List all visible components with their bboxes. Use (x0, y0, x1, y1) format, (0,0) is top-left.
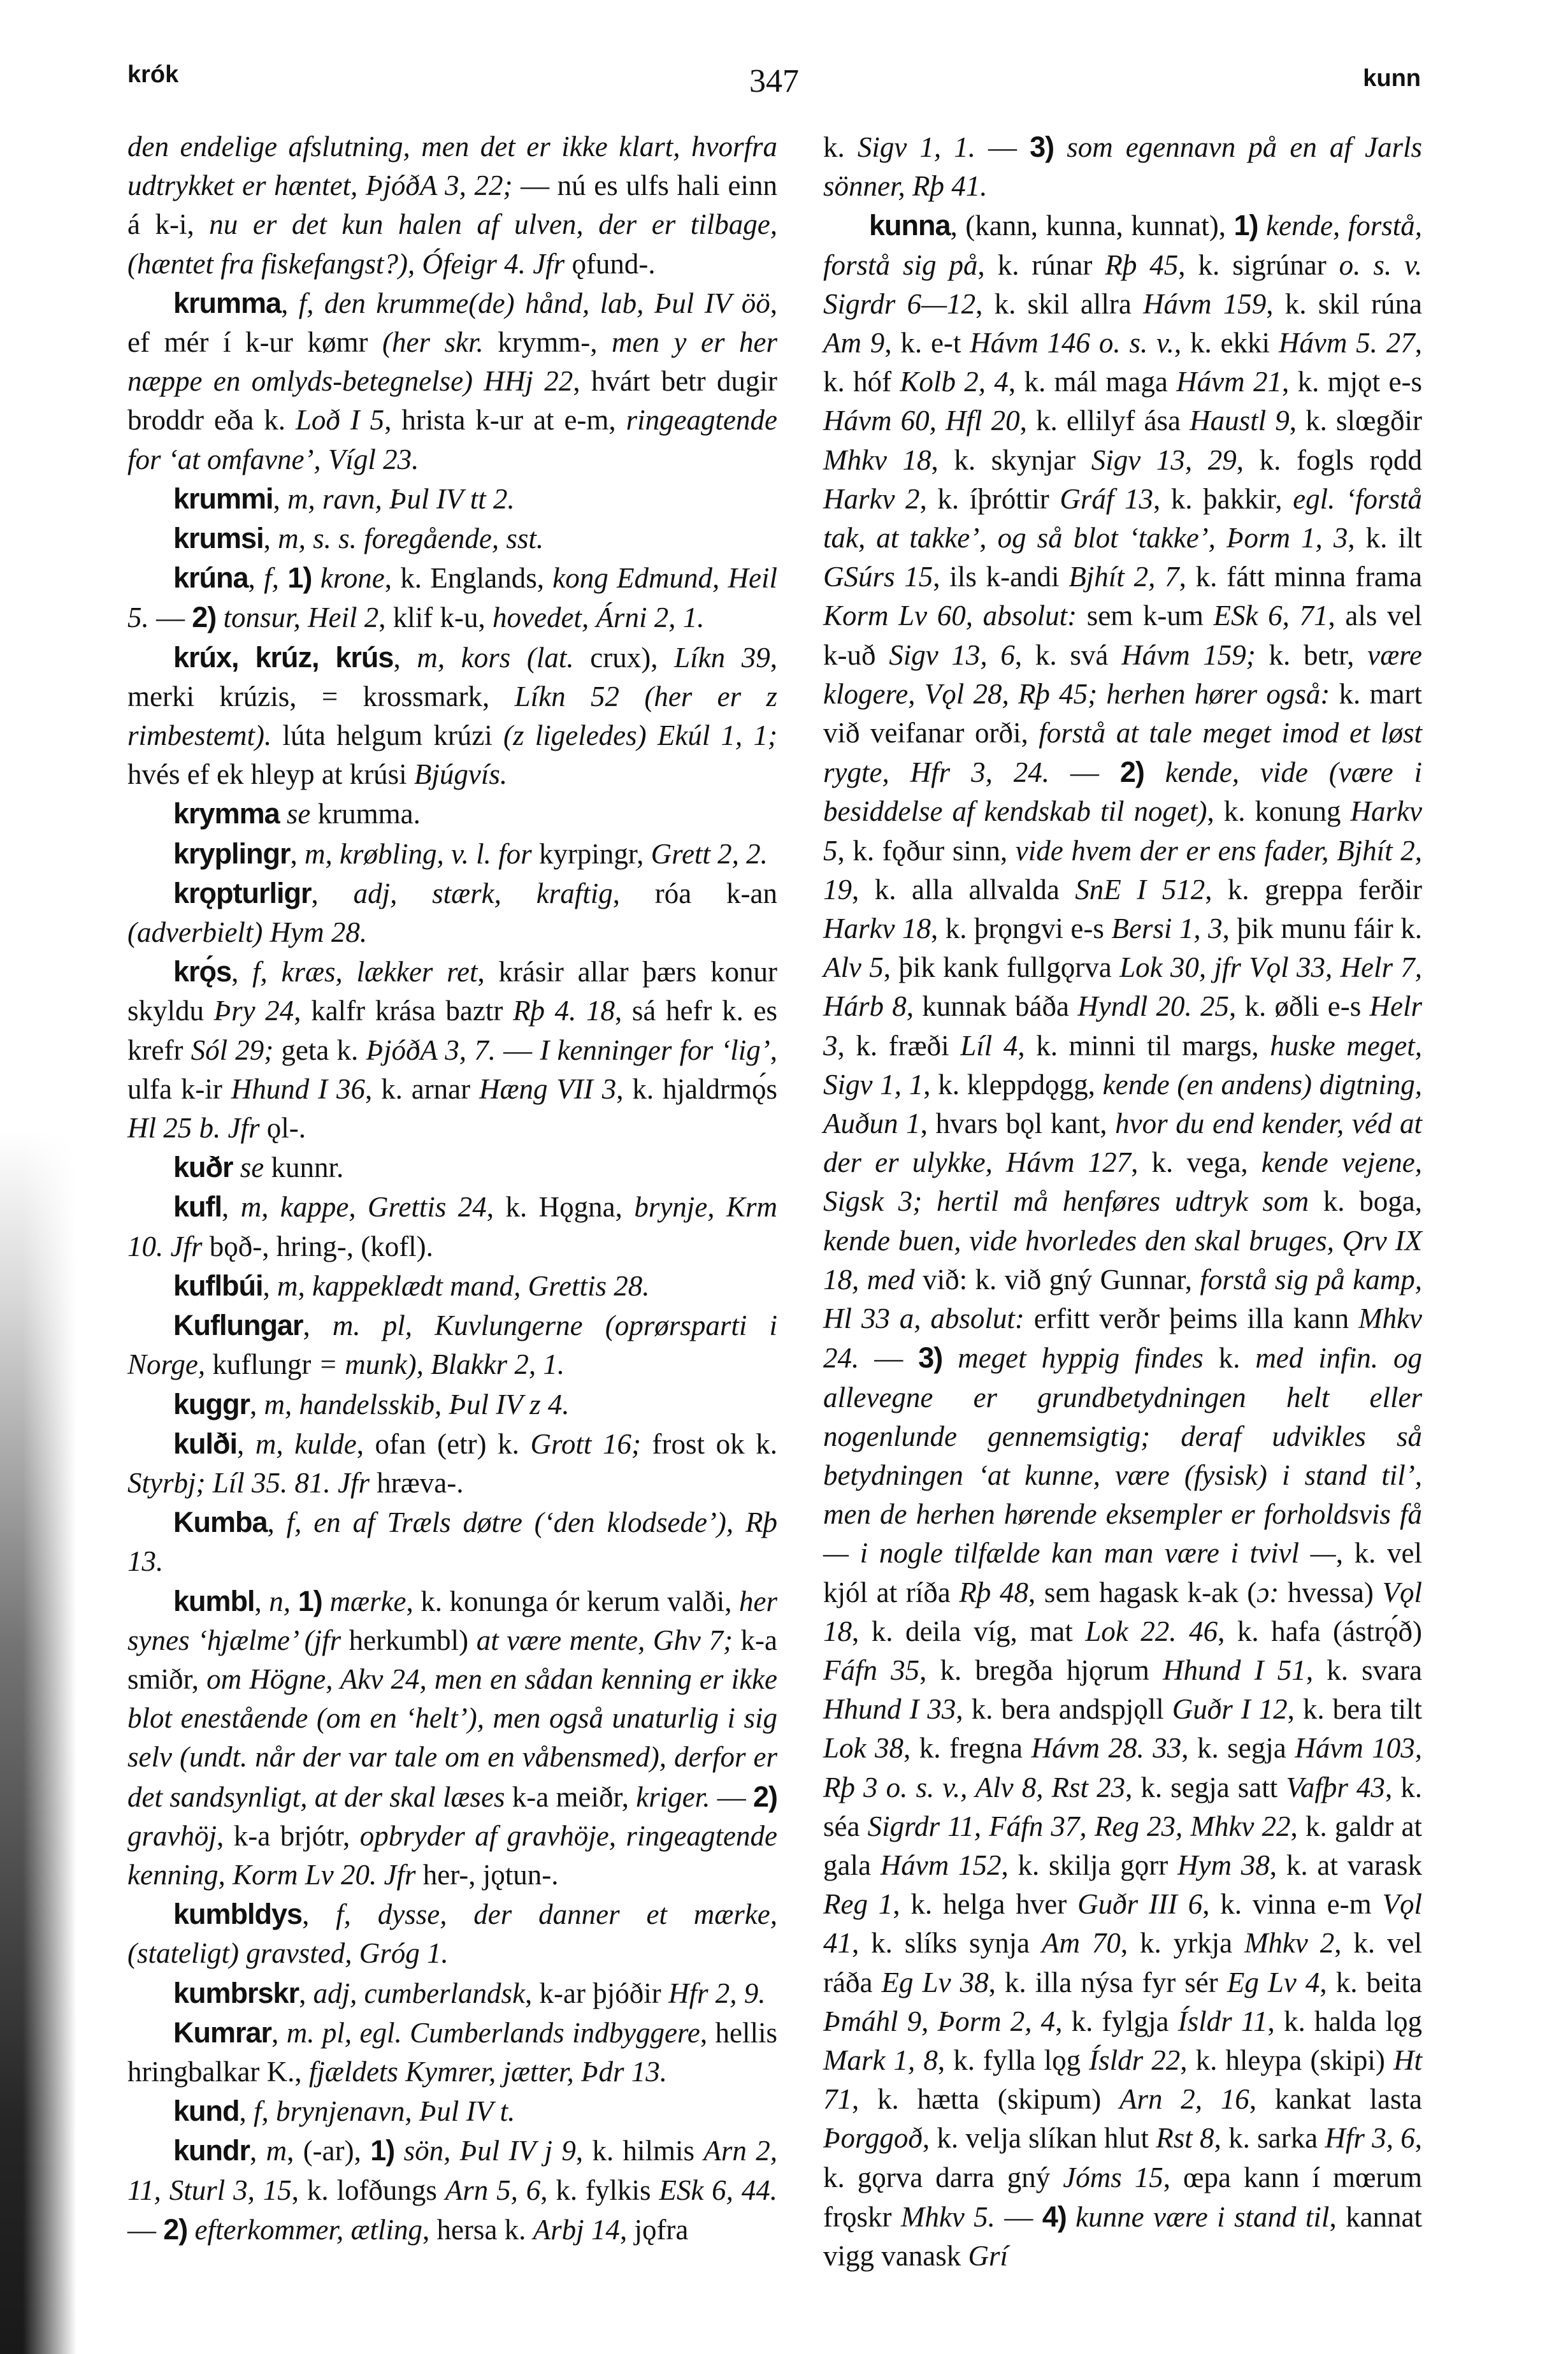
headword: 2) (163, 2213, 187, 2246)
citation-text: , k. íþróttir (920, 483, 1060, 515)
gloss-text: Alv 5 (823, 951, 884, 983)
citation-text: , k. deila víg, mat (852, 1615, 1085, 1647)
headword: 3) (918, 1341, 942, 1374)
gloss-text: GSúrs 15 (823, 561, 933, 593)
gloss-text: (adverbielt) Hym 28. (127, 916, 367, 948)
citation-text: , k. vinna e-m (1202, 1888, 1382, 1920)
page-number: 347 (749, 62, 799, 100)
citation-text: , (255, 1585, 270, 1617)
gloss-text: f, (264, 562, 279, 594)
headword: krǫ́s (173, 955, 231, 988)
headword: krǫpturligr (173, 877, 312, 909)
gloss-text: mærke (330, 1585, 406, 1617)
citation-text: , kunnak báða (907, 990, 1077, 1022)
dictionary-entry: kumbl, n, 1) mærke, k. konunga ór kerum … (127, 1582, 777, 1895)
gloss-text: m, krøbling, v. l. for (305, 838, 532, 870)
gloss-text: Hæng VII 3 (479, 1073, 616, 1105)
citation-text: — (995, 2201, 1042, 2233)
gloss-text: Hfr 2, 9. (668, 1977, 766, 2009)
headword: kuflbúi (173, 1269, 263, 1302)
citation-text: , hrista k-ur at e-m, (384, 404, 626, 436)
gloss-text: Arn 5, 6 (445, 2174, 540, 2206)
gloss-text: adj, stærk, kraftig (354, 877, 613, 909)
citation-text: kunnr. (271, 1152, 344, 1183)
gloss-text: Harkv 2 (823, 483, 920, 515)
gloss-text: ESk 6, 71 (1214, 600, 1328, 632)
citation-text: k. (823, 131, 858, 163)
citation-text: crux), (574, 642, 674, 674)
citation-text: krymm-, (484, 326, 612, 358)
citation-text: , (263, 1270, 277, 1302)
gloss-text: Reg 1 (823, 1888, 893, 1920)
gloss-text: Styrbj; Líl 35. 81. Jfr (127, 1467, 370, 1499)
citation-text: , sem hagask k-ak ( (1028, 1577, 1256, 1608)
citation-text: , k. helga hver (893, 1888, 1077, 1920)
gloss-text: sön, Þul IV j 9 (394, 2135, 576, 2167)
headword: 3) (1030, 131, 1054, 163)
citation-text: , hersa k. (422, 2214, 533, 2246)
citation-text: , k. skynjar (931, 444, 1091, 476)
dictionary-entry: kunna, (kann, kunna, kunnat), 1) kende, … (823, 206, 1422, 2276)
gloss-text: Hávm 21 (1176, 366, 1282, 398)
citation-text: , k. ekki (1174, 327, 1279, 359)
gloss-text: fjældets Kymrer, jætter, Þdr 13. (309, 2056, 667, 2088)
gloss-text: gravhöj (127, 1820, 217, 1852)
citation-text: frost ok k. (641, 1428, 777, 1460)
citation-text: her-, jǫtun-. (415, 1859, 558, 1891)
citation-text: , k. slœgðir (1290, 405, 1422, 437)
dictionary-entry: kundr, m, (-ar), 1) sön, Þul IV j 9, k. … (127, 2131, 777, 2249)
headword: kuðr (173, 1151, 233, 1183)
gloss-text: Líkn 39 (674, 642, 770, 674)
citation-text: — (710, 1781, 753, 1813)
citation-text: kyrpingr, (532, 838, 651, 870)
citation-text: , k. e-t (884, 327, 970, 359)
gloss-text: Hhund I 33 (823, 1693, 956, 1725)
citation-text: , kalfr krása baztr (294, 995, 513, 1027)
dictionary-entry: kryplingr, m, krøbling, v. l. for kyrpin… (127, 834, 777, 874)
dictionary-entry: krymma se krumma. (127, 794, 777, 834)
gloss-text: m (266, 2135, 287, 2167)
gloss-text: Fáfn 35 (823, 1654, 919, 1686)
citation-text: , k. alla allvalda (852, 874, 1075, 906)
gloss-text: Gráf 13 (1060, 483, 1153, 515)
citation-text: , k. skilja gǫrr (1001, 1849, 1177, 1881)
citation-text: hvés ef ek hleyp at krúsi (127, 758, 414, 790)
gloss-text: Mark 1, 8 (823, 2044, 938, 2076)
citation-text: , (237, 1428, 255, 1460)
citation-text: , k. minni til margs, (1018, 1030, 1270, 1062)
gloss-text: Am 9 (823, 327, 884, 359)
gloss-text: (her skr. (382, 326, 484, 358)
headword: kryplingr (173, 837, 291, 870)
gloss-text: Mhkv 2 (1244, 1927, 1334, 1959)
gloss-text: Hyndl 20. 25 (1077, 990, 1229, 1022)
gloss-text: Loð I 5 (296, 404, 384, 436)
headword: kund (173, 2095, 240, 2127)
citation-text: , klif k-u, (378, 602, 493, 633)
citation-text: , k. rúnar (977, 249, 1105, 281)
gloss-text: Arn 2, 16 (1119, 2083, 1249, 2115)
gloss-text: f, kræs, lækker ret (252, 956, 477, 988)
dictionary-entry: kuflbúi, m, kappeklædt mand, Grettis 28. (127, 1266, 777, 1306)
gloss-text: m, kulde (255, 1428, 357, 1460)
dictionary-entry: krúna, f, 1) krone, k. Englands, kong Ed… (127, 558, 777, 637)
citation-text: , k. segja satt (1125, 1772, 1286, 1803)
citation-text: k-a meiðr, (505, 1781, 637, 1813)
gloss-text: Guðr III 6 (1077, 1888, 1202, 1920)
dictionary-entry: kuggr, m, handelsskib, Þul IV z 4. (127, 1385, 777, 1424)
headword: Kumba (173, 1506, 268, 1538)
gloss-text: Hhund I 51 (1163, 1654, 1306, 1686)
citation-text: krumma. (318, 798, 421, 830)
headword: krumsi (173, 522, 264, 554)
gloss-text: Hávm 159 (1143, 288, 1266, 320)
citation-text: , k. bera andspjǫll (956, 1693, 1172, 1725)
citation-text: , k. fylla lǫg (938, 2044, 1089, 2076)
dictionary-entry: Kumba, f, en af Træls døtre (‘den klodse… (127, 1503, 777, 1581)
gloss-text: ESk 6, 44. (659, 2174, 777, 2206)
citation-text: , k. hilmis (576, 2135, 704, 2167)
gloss-text: Harkv 18 (823, 913, 931, 944)
gloss-text: Hfr 3, 6 (1325, 2122, 1414, 2154)
dictionary-entry: Kumrar, m. pl, egl. Cumberlands indbygge… (127, 2013, 777, 2091)
citation-text: , k. Hǫgna, (487, 1191, 635, 1223)
running-head-left: krók (127, 61, 178, 89)
gloss-text: n, (269, 1585, 291, 1617)
right-column: k. Sigv 1, 1. — 3) som egennavn på en af… (823, 127, 1422, 2276)
citation-text: kuflungr (205, 1348, 318, 1380)
citation-text: , þik munu fáir k. (1223, 913, 1422, 944)
citation-text: , k. velja slíkan hlut (923, 2122, 1156, 2154)
citation-text: k. boga, (1309, 1185, 1422, 1217)
citation-text: , (250, 1389, 264, 1420)
gloss-text: meget hyppig findes (942, 1342, 1203, 1374)
citation-text: , (264, 523, 278, 554)
gloss-text: se (233, 1152, 271, 1183)
gloss-text: Grí (968, 2240, 1008, 2272)
gloss-text: Sigrdr 11, Fáfn 37, Reg 23, Mhkv 22 (868, 1810, 1291, 1842)
citation-text: , k. skil rúna (1266, 288, 1422, 320)
headword: krummi (173, 482, 273, 515)
gloss-text: m. pl, egl. Cumberlands indbyggere (287, 2017, 700, 2049)
citation-text: , (303, 1310, 332, 1341)
gloss-text: Eg Lv 4 (1227, 1967, 1320, 1998)
citation-text: , k. bregða hjǫrum (919, 1654, 1163, 1686)
gloss-text: ɔ: (1256, 1577, 1279, 1608)
citation-text: — (496, 1034, 540, 1066)
headword: 1) (1234, 209, 1258, 242)
citation-text: — (859, 1342, 918, 1374)
citation-text: , k. hleypa (skipi) (1180, 2044, 1393, 2076)
citation-text: , (248, 562, 264, 594)
headword: kufl (173, 1190, 222, 1223)
gloss-text: Bersi 1, 3 (1111, 913, 1222, 944)
citation-text: hræva-. (370, 1467, 463, 1499)
citation-text: , (240, 2095, 254, 2127)
headword: 2) (1120, 756, 1144, 788)
gloss-text: kriger. (636, 1781, 710, 1813)
dictionary-entry: Kuflungar, m. pl, Kuvlungerne (oprørspar… (127, 1306, 777, 1384)
headword: 2) (753, 1780, 777, 1813)
headword: kumbrskr (173, 1977, 299, 2009)
citation-text: , (268, 1506, 287, 1538)
binding-shadow (0, 0, 76, 2354)
citation-text: , k. ellilyf ása (1020, 405, 1190, 437)
gloss-text: efterkommer, ætling (187, 2214, 422, 2246)
citation-text: , (222, 1191, 241, 1223)
gloss-text: = munk), Blakkr 2, 1. (319, 1348, 565, 1380)
gloss-text: at være mente, Ghv 7; (477, 1624, 733, 1656)
headword: 1) (370, 2134, 394, 2167)
gloss-text: f, den krumme(de) hånd, lab, Þul IV öö (299, 287, 770, 319)
headword: kuggr (173, 1388, 250, 1420)
citation-text: hvessa) (1279, 1577, 1382, 1608)
left-column: den endelige afslutning, men det er ikke… (127, 127, 777, 2249)
dictionary-entry: krǫpturligr, adj, stærk, kraftig, róa k-… (127, 874, 777, 952)
gloss-text: Rst 8 (1156, 2122, 1214, 2154)
gloss-text: ÞjóðA 3, 7. (366, 1034, 496, 1066)
citation-text: , (-ar), (287, 2135, 370, 2167)
citation-text: k. betr, (1256, 639, 1367, 671)
gloss-text: m, kappeklædt mand, Grettis 28. (277, 1270, 650, 1302)
gloss-text: Hávm 159; (1121, 639, 1256, 671)
entry-continuation: den endelige afslutning, men det er ikke… (127, 127, 777, 284)
dictionary-entry: krummi, m, ravn, Þul IV tt 2. (127, 479, 777, 519)
citation-text: , k. fogls rǫdd (1237, 444, 1422, 476)
citation-text: , (299, 1977, 313, 2009)
gloss-text: Hávm 146 o. s. v. (970, 327, 1174, 359)
gloss-text: Hávm 152 (881, 1849, 1002, 1881)
citation-text: , k. fregna (903, 1732, 1031, 1764)
citation-text: , k. lofðungs (292, 2174, 445, 2206)
gloss-text: (z ligeledes) Ekúl 1, 1; (503, 719, 777, 751)
citation-text: — (975, 131, 1030, 163)
dictionary-entry: krúx, krúz, krús, m, kors (lat. crux), L… (127, 638, 777, 795)
gloss-text: adj, cumberlandsk (313, 1977, 525, 2009)
gloss-text: med infin. og allevegne er grundbetydnin… (823, 1342, 1422, 1569)
gloss-text: Rþ 4. 18 (513, 995, 615, 1027)
citation-text: ǫfund-. (565, 248, 655, 280)
headword: kulði (173, 1427, 237, 1460)
citation-text: — (149, 602, 192, 633)
citation-text: , ofan (etr) k. (357, 1428, 531, 1460)
citation-text: , k. kleppdǫgg, (923, 1069, 1102, 1101)
dictionary-entry: kuðr se kunnr. (127, 1148, 777, 1187)
gloss-text: Am 70 (1042, 1927, 1121, 1959)
gloss-text: Bjhít 2, 7 (1068, 561, 1179, 593)
citation-text: , k. svá (1015, 639, 1121, 671)
citation-text: , k. beita (1320, 1967, 1422, 1998)
citation-text: , k. svara (1306, 1654, 1422, 1686)
gloss-text: tonsur, Heil 2 (216, 602, 378, 633)
citation-text: herkumbl) (341, 1624, 477, 1656)
dictionary-entry: kumbldys, f, dysse, der danner et mærke,… (127, 1895, 777, 1973)
gloss-text: Grett 2, 2. (651, 838, 768, 870)
citation-text: , k. ilt (1348, 522, 1422, 554)
gloss-text: Korm Lv 60, absolut: (823, 600, 1077, 632)
citation-text: , (312, 877, 354, 909)
gloss-text: Hávm 5. 27 (1279, 327, 1415, 359)
citation-text: , hvars bǫl kant, (921, 1108, 1116, 1139)
gloss-text: hovedet, Árni 2, 1. (493, 602, 704, 633)
gloss-text: Sigv 13, 29 (1091, 444, 1237, 476)
citation-text: , k. mál maga (1009, 366, 1176, 398)
gloss-text: Ísldr 11 (1178, 2005, 1268, 2037)
citation-text: erfitt verðr þeims illa kann (1025, 1303, 1358, 1334)
citation-text: , k. fræði (838, 1030, 961, 1062)
citation-text: , k. þrǫngvi e-s (931, 913, 1111, 944)
gloss-text: nu er det kun halen af ulven, der er til… (127, 208, 777, 279)
dictionary-entry: kumbrskr, adj, cumberlandsk, k-ar þjóðir… (127, 1974, 777, 2013)
dictionary-entry: krǫ́s, f, kræs, lækker ret, krásir allar… (127, 952, 777, 1148)
citation-text: sem k-um (1077, 600, 1213, 632)
gloss-text: Rþ 48 (959, 1577, 1028, 1608)
citation-text: , (250, 2135, 266, 2167)
citation-text: , k-a brjótr, (217, 1820, 360, 1852)
gloss-text: m, kappe, Grettis 24 (241, 1191, 487, 1223)
citation-text: , k. sarka (1214, 2122, 1325, 2154)
citation-text: , k. arnar (365, 1073, 479, 1105)
gloss-text: Mhkv 5. (901, 2201, 995, 2233)
citation-text: , k. halda lǫg (1268, 2005, 1422, 2037)
gloss-text: m, handelsskib, Þul IV z 4. (264, 1389, 570, 1420)
gloss-text: SnE I 512 (1075, 874, 1205, 906)
running-header: krók 347 kunn (127, 56, 1421, 107)
citation-text: lúta helgum krúzi (271, 719, 503, 751)
citation-text: , k. hætta (skipum) (852, 2083, 1119, 2115)
citation-text: , (302, 1898, 336, 1930)
citation-text: , (291, 838, 305, 870)
citation-text: , jǫfra (620, 2214, 688, 2246)
headword: kundr (173, 2134, 250, 2167)
citation-text: , (273, 483, 288, 515)
headword: Kumrar (173, 2016, 271, 2049)
citation-text: , k. fǫður sinn, (838, 835, 1016, 867)
gloss-text: Hym 38 (1177, 1849, 1270, 1881)
citation-text: , (kann, kunna, kunnat), (951, 210, 1234, 242)
headword: krymma (173, 797, 280, 830)
headword: 2) (192, 601, 216, 633)
gloss-text: Þorggoð (823, 2122, 923, 2154)
gloss-text: I kenninger for ‘lig’ (540, 1034, 770, 1066)
gloss-text: Bjúgvís. (414, 758, 507, 790)
headword: 1) (291, 1585, 329, 1617)
gloss-text: Lok 22. 46 (1085, 1615, 1218, 1647)
citation-text: , k. bera tilt (1288, 1693, 1422, 1725)
headword: kumbldys (173, 1898, 302, 1930)
gloss-text: se (280, 798, 318, 830)
citation-text: geta k. (273, 1034, 366, 1066)
citation-text: — (127, 2214, 163, 2246)
gloss-text: Sól 29; (191, 1034, 274, 1066)
citation-text: , kankat lasta (1249, 2083, 1422, 2115)
gloss-text: kunne være i stand til (1067, 2201, 1330, 2233)
gloss-text: Hhund I 36 (231, 1073, 365, 1105)
citation-text: , k. konung (1207, 795, 1350, 827)
citation-text: k. (1204, 1342, 1256, 1374)
dictionary-entry: krumsi, m, s. s. foregående, sst. (127, 519, 777, 558)
citation-text: , k. mjǫt e-s (1282, 366, 1422, 398)
gloss-text: m, kors (lat. (417, 642, 573, 674)
gloss-text: Jóms 15 (1063, 2162, 1163, 2193)
dictionary-entry: kund, f, brynjenavn, Þul IV t. (127, 2091, 777, 2131)
citation-text: , k. fátt minna frama (1179, 561, 1422, 593)
citation-text: , (281, 287, 299, 319)
headword: Kuflungar (173, 1309, 303, 1341)
citation-text: , k. skil allra (975, 288, 1143, 320)
citation-text: , k. hjaldrmǫ́s (616, 1073, 777, 1105)
citation-text: , k. slíks synja (852, 1927, 1042, 1959)
citation-text: , k. þakkir, (1153, 483, 1293, 515)
citation-text: við: k. við gný Gunnar, (915, 1264, 1200, 1296)
citation-text: , k. at varask (1270, 1849, 1422, 1881)
headword: krúna (173, 561, 248, 594)
entry-continuation: k. Sigv 1, 1. — 3) som egennavn på en af… (823, 127, 1422, 206)
gloss-text: m, s. s. foregående, sst. (278, 523, 543, 554)
citation-text: , k. greppa ferðir (1205, 874, 1422, 906)
gloss-text: Sigv 13, 6 (889, 639, 1015, 671)
gloss-text: Þry 24 (214, 995, 294, 1027)
headword: 4) (1042, 2200, 1067, 2233)
headword: kunna (869, 209, 951, 242)
gloss-text: Hl 25 b. Jfr (127, 1112, 260, 1144)
gloss-text: Ísldr 22 (1089, 2044, 1180, 2076)
citation-text: , (271, 2017, 287, 2049)
citation-text: , róa k-an (613, 877, 777, 909)
gloss-text: Þmáhl 9, Þorm 2, 4 (823, 2005, 1055, 2037)
gloss-text: Arbj 14 (533, 2214, 620, 2246)
citation-text: , k. yrkja (1121, 1927, 1244, 1959)
headword: kumbl (173, 1585, 255, 1617)
gloss-text: f, brynjenavn, Þul IV t. (254, 2095, 515, 2127)
citation-text: , k. fylgja (1055, 2005, 1177, 2037)
gloss-text: Sigv 1, 1. (858, 131, 975, 163)
gloss-text: Haustl 9 (1190, 405, 1290, 437)
dictionary-entry: krumma, f, den krumme(de) hånd, lab, Þul… (127, 284, 777, 479)
gloss-text: Kolb 2, 4 (900, 366, 1008, 398)
citation-text: bǫð-, hring-, (kofl). (203, 1231, 433, 1262)
headword: krumma (173, 287, 281, 319)
gloss-text: Rþ 45 (1105, 249, 1178, 281)
gloss-text: Mhkv 18 (823, 444, 931, 476)
citation-text: , (231, 956, 252, 988)
gloss-text: Líl 4 (960, 1030, 1018, 1062)
gloss-text: Guðr I 12 (1172, 1693, 1288, 1725)
citation-text: , k. vega, (1131, 1146, 1262, 1178)
gloss-text: Hávm 60, Hfl 20 (823, 405, 1020, 437)
citation-text: , þik kank fullgǫrva (884, 951, 1119, 983)
citation-text: — (1049, 756, 1120, 788)
citation-text: , k. segja (1181, 1732, 1295, 1764)
citation-text: , k. fylkis (540, 2174, 659, 2206)
citation-text: , k-ar þjóðir (525, 1977, 668, 2009)
dictionary-entry: kulði, m, kulde, ofan (etr) k. Grott 16;… (127, 1424, 777, 1503)
dictionary-entry: kufl, m, kappe, Grettis 24, k. Hǫgna, br… (127, 1187, 777, 1266)
gloss-text: Hávm 28. 33 (1032, 1732, 1182, 1764)
headword: 1) (279, 561, 320, 594)
gloss-text: krone (320, 562, 385, 594)
headword: krúx, krúz, krús (173, 641, 393, 674)
citation-text: , k. Englands, (385, 562, 553, 594)
citation-text: , (393, 642, 417, 674)
citation-text: , ils k-andi (933, 561, 1068, 593)
citation-text: ǫl-. (260, 1112, 306, 1144)
gloss-text: Vafþr 43 (1286, 1772, 1385, 1803)
gloss-text: Grott 16; (531, 1428, 641, 1460)
citation-text: , k. øðli e-s (1229, 990, 1370, 1022)
gloss-text: Lok 38 (823, 1732, 903, 1764)
